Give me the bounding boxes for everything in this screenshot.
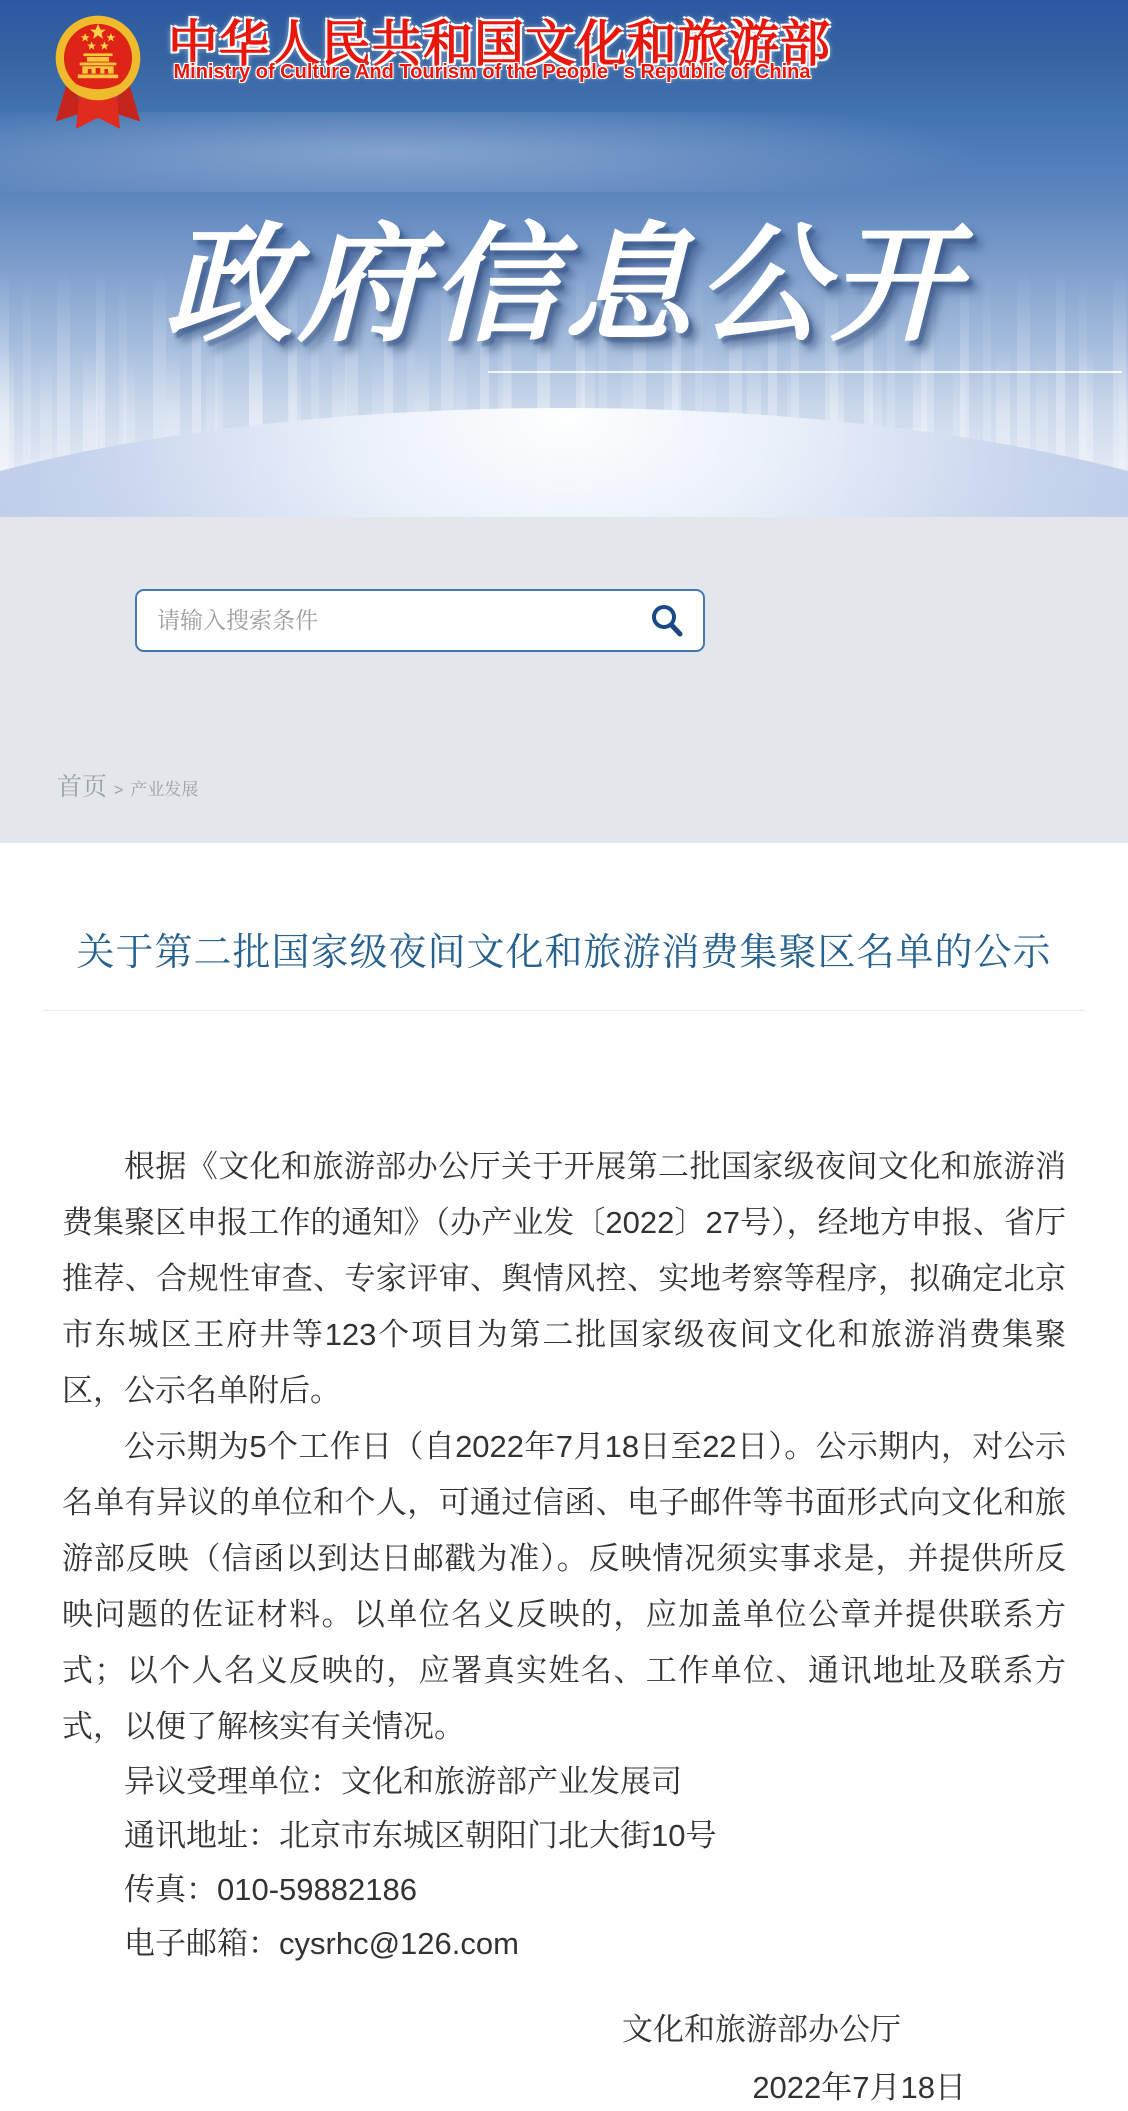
page: 中华人民共和国文化和旅游部 Ministry of Culture And To… [0,0,1128,2111]
search-input[interactable] [157,607,645,634]
search-icon [648,602,686,640]
globe-decoration [0,408,1128,517]
article-body: 根据《文化和旅游部办公厅关于开展第二批国家级夜间文化和旅游消费集聚区申报工作的通… [62,1139,1066,2111]
search-button[interactable] [645,599,689,643]
signature-date: 2022年7月18日 [62,2059,1066,2111]
contact-line-accepting-unit: 异议受理单位：文化和旅游部产业发展司 [62,1755,1066,1809]
paragraph: 公示期为5个工作日（自2022年7月18日至22日）。公示期内，对公示名单有异议… [62,1419,1066,1755]
signature: 文化和旅游部办公厅 [62,2001,1066,2059]
breadcrumb-separator: > [114,782,123,800]
article-title: 关于第二批国家级夜间文化和旅游消费集聚区名单的公示 [0,843,1128,976]
divider-line [488,371,1122,373]
ministry-subtitle: Ministry of Culture And Tourism of the P… [168,61,816,84]
cloud-decoration [0,112,1128,192]
breadcrumb-home[interactable]: 首页 [57,767,107,803]
contact-line-email: 电子邮箱：cysrhc@126.com [62,1917,1066,1971]
contact-block: 异议受理单位：文化和旅游部产业发展司 通讯地址：北京市东城区朝阳门北大街10号 … [62,1755,1066,1971]
search-section: 首页 > 产业发展 [0,517,1128,843]
title-divider [43,1010,1085,1011]
hero-banner: 中华人民共和国文化和旅游部 Ministry of Culture And To… [0,0,1128,517]
article: 关于第二批国家级夜间文化和旅游消费集聚区名单的公示 根据《文化和旅游部办公厅关于… [0,843,1128,2111]
china-national-emblem-icon [52,2,144,136]
contact-line-fax: 传真：010-59882186 [62,1863,1066,1917]
breadcrumb: 首页 > 产业发展 [57,767,198,803]
paragraph: 根据《文化和旅游部办公厅关于开展第二批国家级夜间文化和旅游消费集聚区申报工作的通… [62,1139,1066,1419]
gov-info-disclosure-banner-title: 政府信息公开 [0,182,1128,366]
search-box [135,589,705,652]
signature-block: 文化和旅游部办公厅 2022年7月18日 [62,2001,1066,2111]
contact-line-address: 通讯地址：北京市东城区朝阳门北大街10号 [62,1809,1066,1863]
breadcrumb-current-industry-development[interactable]: 产业发展 [130,775,198,800]
